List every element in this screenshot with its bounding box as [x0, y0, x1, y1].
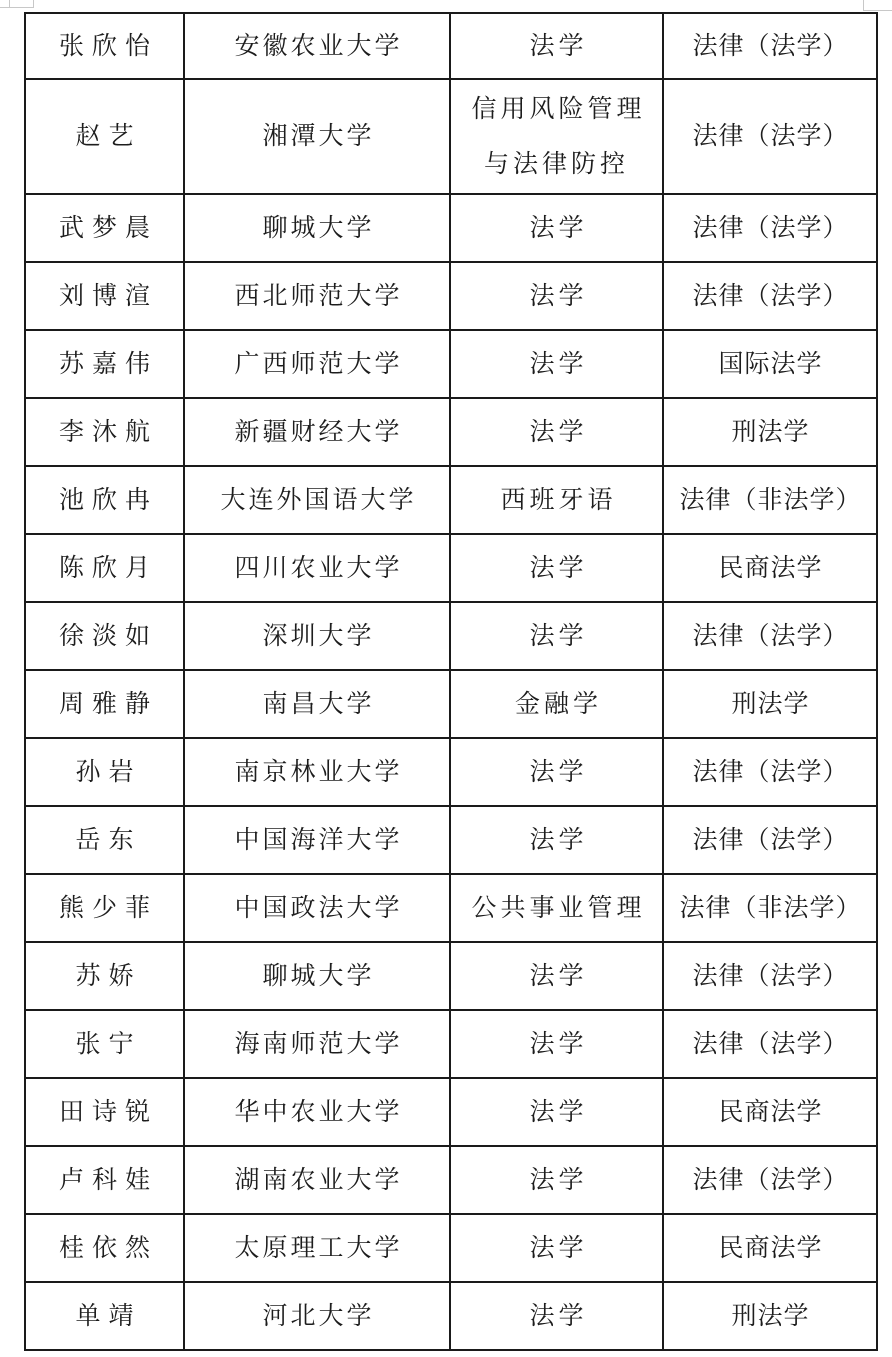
cell-university: 华中农业大学 [184, 1078, 450, 1146]
cell-university: 太原理工大学 [184, 1214, 450, 1282]
cell-undergrad-major: 法学 [450, 13, 663, 79]
table-row: 桂依然 太原理工大学 法学 民商法学 [25, 1214, 877, 1282]
table-body: 张欣怡 安徽农业大学 法学 法律（法学） 赵艺 湘潭大学 信用风险管理 与法律防… [25, 13, 877, 1350]
cropped-gridline-fragment [863, 0, 864, 10]
cell-undergrad-major: 法学 [450, 534, 663, 602]
table-row: 周雅静 南昌大学 金融学 刑法学 [25, 670, 877, 738]
admissions-roster-table: 张欣怡 安徽农业大学 法学 法律（法学） 赵艺 湘潭大学 信用风险管理 与法律防… [24, 12, 878, 1351]
cell-student-name: 周雅静 [25, 670, 184, 738]
cell-undergrad-major: 法学 [450, 1214, 663, 1282]
cell-university: 中国政法大学 [184, 874, 450, 942]
cell-student-name: 卢科娃 [25, 1146, 184, 1214]
cell-undergrad-major: 法学 [450, 194, 663, 262]
cell-applied-program: 法律（非法学） [663, 874, 877, 942]
cell-university: 中国海洋大学 [184, 806, 450, 874]
cropped-gridline-fragment [9, 0, 10, 7]
cell-university: 大连外国语大学 [184, 466, 450, 534]
cell-undergrad-major: 法学 [450, 1078, 663, 1146]
cell-student-name: 苏娇 [25, 942, 184, 1010]
cell-student-name: 张宁 [25, 1010, 184, 1078]
cell-student-name: 苏嘉伟 [25, 330, 184, 398]
cell-student-name: 单靖 [25, 1282, 184, 1350]
cell-undergrad-major: 法学 [450, 738, 663, 806]
cell-applied-program: 法律（法学） [663, 942, 877, 1010]
cell-university: 新疆财经大学 [184, 398, 450, 466]
table-row: 池欣冉 大连外国语大学 西班牙语 法律（非法学） [25, 466, 877, 534]
document-page: 张欣怡 安徽农业大学 法学 法律（法学） 赵艺 湘潭大学 信用风险管理 与法律防… [0, 0, 892, 1357]
cell-applied-program: 法律（法学） [663, 806, 877, 874]
cell-student-name: 孙岩 [25, 738, 184, 806]
cell-undergrad-major: 信用风险管理 与法律防控 [450, 79, 663, 194]
table-row: 张欣怡 安徽农业大学 法学 法律（法学） [25, 13, 877, 79]
cell-student-name: 桂依然 [25, 1214, 184, 1282]
cell-student-name: 赵艺 [25, 79, 184, 194]
cell-undergrad-major: 法学 [450, 1010, 663, 1078]
cell-applied-program: 法律（法学） [663, 13, 877, 79]
cell-undergrad-major: 法学 [450, 1146, 663, 1214]
table-row: 李沐航 新疆财经大学 法学 刑法学 [25, 398, 877, 466]
cell-applied-program: 法律（法学） [663, 79, 877, 194]
cell-student-name: 池欣冉 [25, 466, 184, 534]
cell-applied-program: 刑法学 [663, 1282, 877, 1350]
table-row: 卢科娃 湖南农业大学 法学 法律（法学） [25, 1146, 877, 1214]
cell-applied-program: 民商法学 [663, 534, 877, 602]
cell-undergrad-major: 法学 [450, 330, 663, 398]
cell-student-name: 田诗锐 [25, 1078, 184, 1146]
cell-undergrad-major: 法学 [450, 398, 663, 466]
cell-undergrad-major: 金融学 [450, 670, 663, 738]
cell-student-name: 陈欣月 [25, 534, 184, 602]
cell-university: 河北大学 [184, 1282, 450, 1350]
table-row: 徐淡如 深圳大学 法学 法律（法学） [25, 602, 877, 670]
cell-applied-program: 刑法学 [663, 398, 877, 466]
cell-student-name: 张欣怡 [25, 13, 184, 79]
cell-university: 广西师范大学 [184, 330, 450, 398]
cell-applied-program: 法律（非法学） [663, 466, 877, 534]
cell-student-name: 徐淡如 [25, 602, 184, 670]
cell-applied-program: 民商法学 [663, 1078, 877, 1146]
table-row: 单靖 河北大学 法学 刑法学 [25, 1282, 877, 1350]
cell-undergrad-major: 法学 [450, 942, 663, 1010]
cell-applied-program: 法律（法学） [663, 602, 877, 670]
cell-applied-program: 法律（法学） [663, 262, 877, 330]
table-row: 武梦晨 聊城大学 法学 法律（法学） [25, 194, 877, 262]
table-row: 苏嘉伟 广西师范大学 法学 国际法学 [25, 330, 877, 398]
cell-student-name: 岳东 [25, 806, 184, 874]
cell-university: 安徽农业大学 [184, 13, 450, 79]
cell-university: 湖南农业大学 [184, 1146, 450, 1214]
cell-undergrad-major: 公共事业管理 [450, 874, 663, 942]
table-row: 岳东 中国海洋大学 法学 法律（法学） [25, 806, 877, 874]
cell-applied-program: 国际法学 [663, 330, 877, 398]
cell-undergrad-major: 法学 [450, 262, 663, 330]
cell-undergrad-major: 法学 [450, 602, 663, 670]
cell-undergrad-major: 法学 [450, 806, 663, 874]
table-row: 陈欣月 四川农业大学 法学 民商法学 [25, 534, 877, 602]
cell-student-name: 刘博渲 [25, 262, 184, 330]
cell-undergrad-major: 西班牙语 [450, 466, 663, 534]
cell-applied-program: 法律（法学） [663, 738, 877, 806]
cell-university: 湘潭大学 [184, 79, 450, 194]
cell-undergrad-major: 法学 [450, 1282, 663, 1350]
cell-applied-program: 法律（法学） [663, 1010, 877, 1078]
cell-student-name: 熊少菲 [25, 874, 184, 942]
cell-applied-program: 法律（法学） [663, 1146, 877, 1214]
cell-applied-program: 刑法学 [663, 670, 877, 738]
cell-student-name: 李沐航 [25, 398, 184, 466]
table-row: 田诗锐 华中农业大学 法学 民商法学 [25, 1078, 877, 1146]
cell-university: 四川农业大学 [184, 534, 450, 602]
table-row: 孙岩 南京林业大学 法学 法律（法学） [25, 738, 877, 806]
cell-university: 南昌大学 [184, 670, 450, 738]
table-row: 熊少菲 中国政法大学 公共事业管理 法律（非法学） [25, 874, 877, 942]
cell-university: 深圳大学 [184, 602, 450, 670]
cropped-gridline-fragment [863, 10, 892, 11]
cell-university: 海南师范大学 [184, 1010, 450, 1078]
table-row: 刘博渲 西北师范大学 法学 法律（法学） [25, 262, 877, 330]
table-row: 赵艺 湘潭大学 信用风险管理 与法律防控 法律（法学） [25, 79, 877, 194]
cell-university: 南京林业大学 [184, 738, 450, 806]
cell-university: 聊城大学 [184, 942, 450, 1010]
cropped-gridline-fragment [0, 7, 34, 8]
cell-applied-program: 法律（法学） [663, 194, 877, 262]
cell-university: 聊城大学 [184, 194, 450, 262]
table-row: 张宁 海南师范大学 法学 法律（法学） [25, 1010, 877, 1078]
cell-applied-program: 民商法学 [663, 1214, 877, 1282]
table-row: 苏娇 聊城大学 法学 法律（法学） [25, 942, 877, 1010]
cell-university: 西北师范大学 [184, 262, 450, 330]
cell-student-name: 武梦晨 [25, 194, 184, 262]
cropped-gridline-fragment [33, 0, 34, 7]
